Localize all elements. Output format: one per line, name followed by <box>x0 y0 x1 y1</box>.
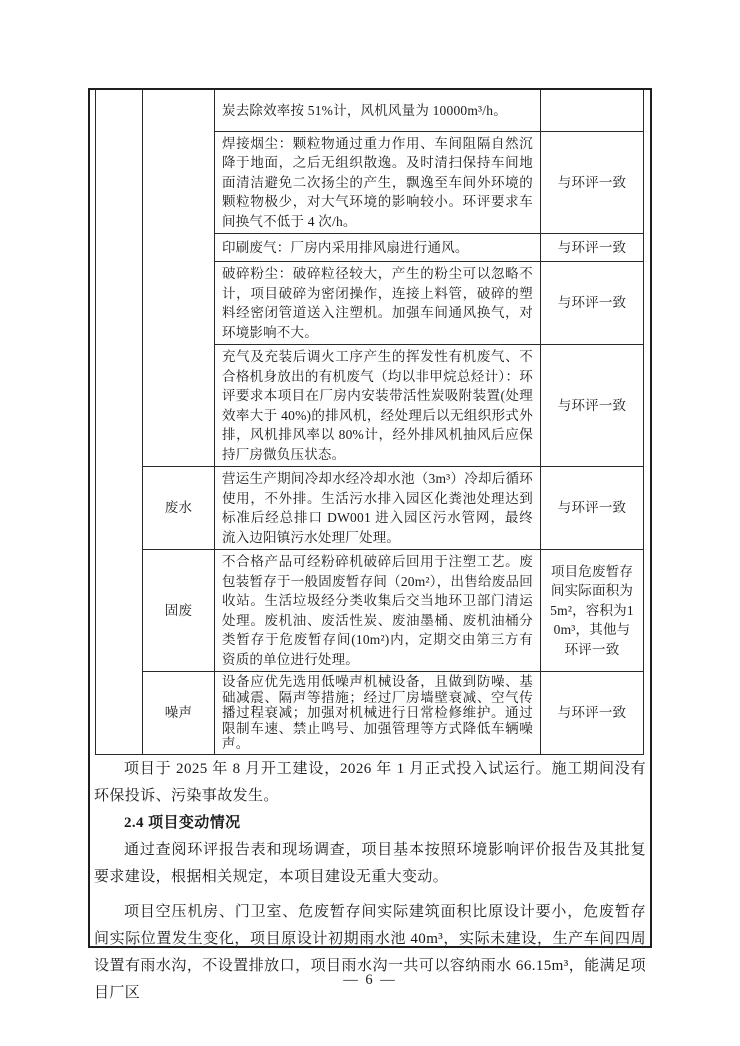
section-heading-project-changes: 2.4 项目变动情况 <box>94 810 646 837</box>
body-text-block: 项目于 2025 年 8 月开工建设，2026 年 1 月正式投入试运行。施工期… <box>94 755 646 1007</box>
conclusion-cell: 与环评一致 <box>541 672 644 755</box>
table-row-noise: 噪声 设备应优先选用低噪声机械设备，且做到防噪、基础减震、隔声等措施；经过厂房墙… <box>96 672 644 755</box>
conclusion-cell: 与环评一致 <box>541 262 644 345</box>
form-frame: 炭去除效率按 51%计，风机风量为 10000m³/h。 焊接烟尘：颗粒物通过重… <box>88 88 652 948</box>
left-span-cell <box>96 90 143 754</box>
conclusion-cell: 与环评一致 <box>541 131 644 234</box>
content-cell: 破碎粉尘：破碎粒径较大，产生的粉尘可以忽略不计，项目破碎为密闭操作，连接上料管，… <box>215 262 541 345</box>
content-cell: 充气及充装后调火工序产生的挥发性有机废气、不合格机身放出的有机废气（均以非甲烷总… <box>215 345 541 467</box>
paragraph-review: 通过查阅环评报告表和现场调查，项目基本按照环境影响评价报告及其批复要求建设，根据… <box>94 837 646 891</box>
content-cell: 营运生产期间冷却水经冷却水池（3m³）冷却后循环使用，不外排。生活污水排入园区化… <box>215 467 541 550</box>
conclusion-cell: 与环评一致 <box>541 467 644 550</box>
table-row-wastewater: 废水 营运生产期间冷却水经冷却水池（3m³）冷却后循环使用，不外排。生活污水排入… <box>96 467 644 550</box>
content-cell: 焊接烟尘：颗粒物通过重力作用、车间阻隔自然沉降于地面，之后无组织散逸。及时清扫保… <box>215 131 541 234</box>
conclusion-cell: 与环评一致 <box>541 345 644 467</box>
paragraph-construction-note: 项目于 2025 年 8 月开工建设，2026 年 1 月正式投入试运行。施工期… <box>94 756 646 810</box>
document-page: 炭去除效率按 51%计，风机风量为 10000m³/h。 焊接烟尘：颗粒物通过重… <box>0 0 740 1046</box>
page-number: — 6 — <box>0 972 740 989</box>
conclusion-cell: 项目危废暂存间实际面积为5m²，容积为10m³，其他与环评一致 <box>541 550 644 672</box>
conclusion-cell <box>541 90 644 131</box>
content-cell: 炭去除效率按 51%计，风机风量为 10000m³/h。 <box>215 90 541 131</box>
content-cell: 印刷废气：厂房内采用排风扇进行通风。 <box>215 234 541 262</box>
category-cell: 固废 <box>143 550 215 672</box>
content-cell: 不合格产品可经粉碎机破碎后回用于注塑工艺。废包装暂存于一般固废暂存间（20m²）… <box>215 550 541 672</box>
conclusion-cell: 与环评一致 <box>541 234 644 262</box>
compliance-table: 炭去除效率按 51%计，风机风量为 10000m³/h。 焊接烟尘：颗粒物通过重… <box>95 90 644 755</box>
paragraph-changes: 项目空压机房、门卫室、危废暂存间实际建筑面积比原设计要小，危废暂存间实际位置发生… <box>94 899 646 1007</box>
category-cell: 废水 <box>143 467 215 550</box>
gas-group-cell <box>143 90 215 467</box>
category-cell: 噪声 <box>143 672 215 755</box>
content-cell: 设备应优先选用低噪声机械设备，且做到防噪、基础减震、隔声等措施；经过厂房墙壁衰减… <box>215 672 541 755</box>
table-row-solid-waste: 固废 不合格产品可经粉碎机破碎后回用于注塑工艺。废包装暂存于一般固废暂存间（20… <box>96 550 644 672</box>
table-row: 炭去除效率按 51%计，风机风量为 10000m³/h。 <box>96 90 644 131</box>
